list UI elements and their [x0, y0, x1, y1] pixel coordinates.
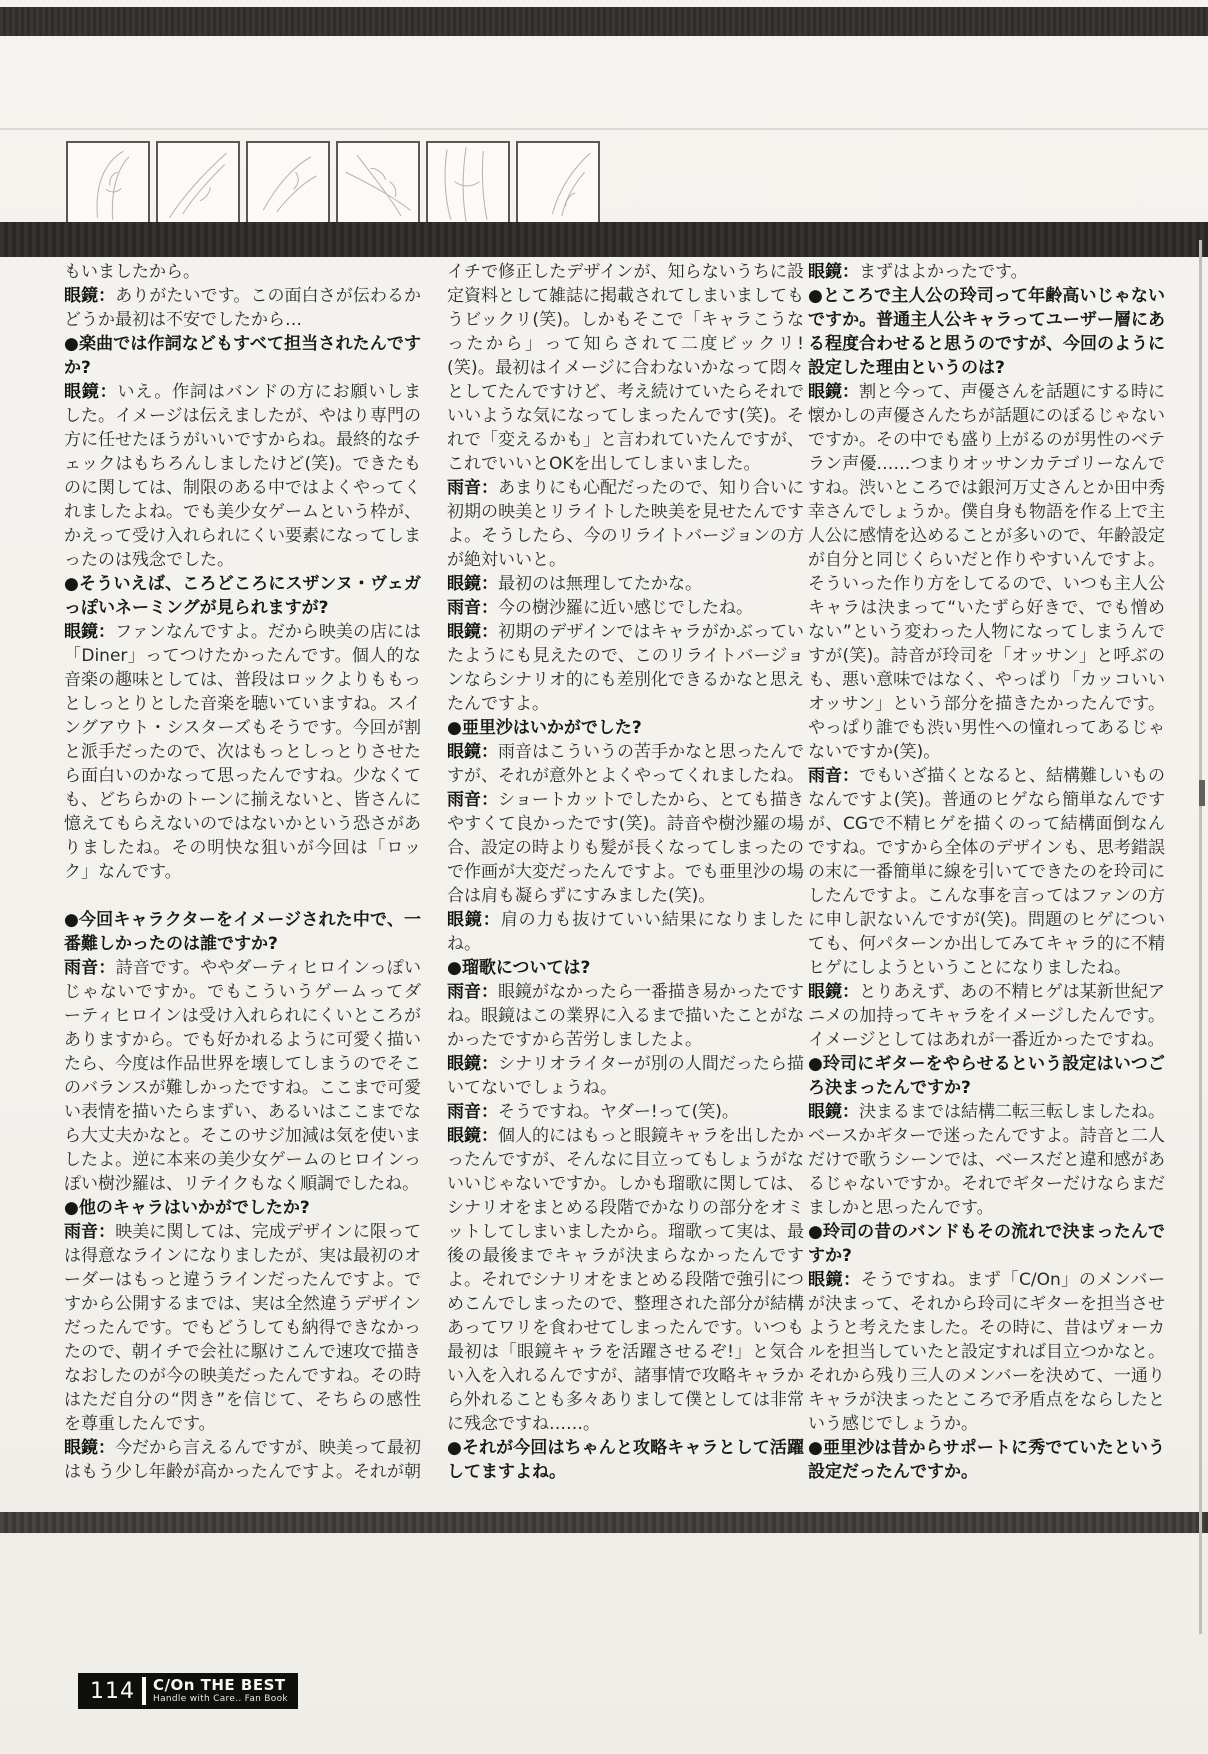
pencil-sketch-2 — [156, 141, 240, 227]
interview-column-1: もいましたから。眼鏡：ありがたいです。この面白さが伝わるかどうか最初は不安でした… — [64, 260, 421, 1484]
header-rule-bar — [0, 222, 1208, 257]
sketch-lines — [518, 143, 598, 225]
interviewer-question: ●亜里沙はいかがでした? — [447, 716, 804, 740]
speaker-name: 眼鏡： — [447, 622, 498, 642]
speaker-answer: 眼鏡：まずはよかったです。 — [808, 260, 1165, 284]
interview-column-3: 眼鏡：まずはよかったです。●ところで主人公の玲司って年齢高いじゃないですか。普通… — [808, 260, 1165, 1484]
pencil-sketch-3 — [246, 141, 330, 227]
pencil-sketch-6 — [516, 141, 600, 227]
speaker-name: 雨音： — [808, 766, 859, 786]
interviewer-question: ●亜里沙は昔からサポートに秀でていたという設定だったんですか。 — [808, 1436, 1165, 1484]
speaker-answer: 眼鏡：雨音はこういうの苦手かなと思ったんですが、それが意外とよくやってくれました… — [447, 740, 804, 788]
sketch-lines — [248, 143, 328, 225]
speaker-name: 眼鏡： — [808, 1102, 859, 1122]
speaker-answer: 眼鏡：割と今って、声優さんを話題にする時に懐かしの声優さんたちが話題にのぼるじゃ… — [808, 380, 1165, 764]
speaker-answer: 眼鏡：ありがたいです。この面白さが伝わるかどうか最初は不安でしたから… — [64, 284, 421, 332]
interviewer-question: ●ところで主人公の玲司って年齢高いじゃないですか。普通主人公キャラってユーザー層… — [808, 284, 1165, 380]
speaker-name: 眼鏡： — [808, 382, 859, 402]
speaker-answer: 眼鏡：そうですね。まず「C/On」のメンバーが決まって、それから玲司にギターを担… — [808, 1268, 1165, 1436]
page-edge-shadow — [1199, 240, 1202, 1634]
scanned-magazine-page: もいましたから。眼鏡：ありがたいです。この面白さが伝わるかどうか最初は不安でした… — [0, 0, 1208, 1754]
speaker-answer: 眼鏡：決まるまでは結構二転三転しましたね。ベースかギターで迷ったんですよ。詩音と… — [808, 1100, 1165, 1220]
book-footer-label: 114 C/On THE BEST Handle with Care.. Fan… — [78, 1673, 298, 1709]
speaker-name: 眼鏡： — [808, 982, 859, 1002]
speaker-name: 眼鏡： — [64, 622, 115, 642]
top-rule-bar — [0, 7, 1208, 36]
speaker-answer: 眼鏡：とりあえず、あの不精ヒゲは某新世紀アニメの加持ってキャラをイメージしたんで… — [808, 980, 1165, 1052]
speaker-name: 眼鏡： — [808, 262, 859, 282]
speaker-answer: 雨音：ショートカットでしたから、とても描きやすくて良かったです(笑)。詩音や樹沙… — [447, 788, 804, 908]
page-number: 114 — [86, 1679, 142, 1704]
pencil-sketch-1 — [66, 141, 150, 227]
interviewer-question: ●そういえば、ころどころにスザンヌ・ヴェガっぽいネーミングが見られますが? — [64, 572, 421, 620]
speaker-name: 眼鏡： — [64, 382, 118, 402]
interviewer-question: ●他のキャラはいかがでしたか? — [64, 1196, 421, 1220]
sketch-lines — [428, 143, 508, 225]
scan-fold-line — [0, 128, 1208, 130]
speaker-name: 眼鏡： — [447, 910, 501, 930]
book-title: C/On THE BEST — [153, 1678, 288, 1693]
speaker-answer: 雨音：映美に関しては、完成デザインに限っては得意なラインになりましたが、実は最初… — [64, 1220, 421, 1436]
speaker-answer: 雨音：今の樹沙羅に近い感じでしたね。 — [447, 596, 804, 620]
interviewer-question: ●玲司にギターをやらせるという設定はいつごろ決まったんですか? — [808, 1052, 1165, 1100]
speaker-name: 眼鏡： — [64, 1438, 115, 1458]
speaker-name: 雨音： — [447, 982, 498, 1002]
speaker-name: 眼鏡： — [64, 286, 115, 306]
interviewer-question: ●今回キャラクターをイメージされた中で、一番難しかったのは誰ですか? — [64, 908, 421, 956]
speaker-name: 眼鏡： — [447, 1126, 498, 1146]
footer-divider — [142, 1677, 146, 1705]
interviewer-question: ●それが今回はちゃんと攻略キャラとして活躍してますよね。 — [447, 1436, 804, 1484]
continuation-text: もいましたから。 — [64, 260, 421, 284]
interview-column-2: イチで修正したデザインが、知らないうちに設定資料として雑誌に掲載されてしまいまし… — [447, 260, 804, 1484]
speaker-answer: 眼鏡：今だから言えるんですが、映美って最初はもう少し年齢が高かったんですよ。それ… — [64, 1436, 421, 1484]
sketch-lines — [338, 143, 418, 225]
speaker-answer: 雨音：そうですね。ヤダー!って(笑)。 — [447, 1100, 804, 1124]
speaker-name: 眼鏡： — [808, 1270, 861, 1290]
speaker-answer: 眼鏡：肩の力も抜けていい結果になりましたね。 — [447, 908, 804, 956]
speaker-answer: 雨音：詩音です。ややダーティヒロインっぽいじゃないですか。でもこういうゲームって… — [64, 956, 421, 1196]
speaker-answer: 眼鏡：ファンなんですよ。だから映美の店には「Diner」ってつけたかったんです。… — [64, 620, 421, 884]
speaker-name: 眼鏡： — [447, 1054, 498, 1074]
speaker-answer: 雨音：眼鏡がなかったら一番描き易かったですね。眼鏡はこの業界に入るまで描いたこと… — [447, 980, 804, 1052]
paragraph-gap — [64, 884, 421, 908]
sketch-lines — [68, 143, 148, 225]
speaker-answer: 眼鏡：個人的にはもっと眼鏡キャラを出したかったんですが、そんなに目立ってもしょう… — [447, 1124, 804, 1436]
speaker-name: 雨音： — [447, 598, 498, 618]
speaker-name: 雨音： — [64, 1222, 115, 1242]
speaker-name: 雨音： — [447, 1102, 498, 1122]
speaker-answer: 眼鏡：初期のデザインではキャラがかぶっていたようにも見えたので、このリライトバー… — [447, 620, 804, 716]
continuation-text: イチで修正したデザインが、知らないうちに設定資料として雑誌に掲載されてしまいまし… — [447, 260, 804, 476]
bottom-rule-bar — [0, 1512, 1208, 1533]
speaker-answer: 眼鏡：シナリオライターが別の人間だったら描いてないでしょうね。 — [447, 1052, 804, 1100]
interviewer-question: ●瑠歌については? — [447, 956, 804, 980]
sketch-lines — [158, 143, 238, 225]
speaker-answer: 眼鏡：最初のは無理してたかな。 — [447, 572, 804, 596]
interviewer-question: ●楽曲では作詞などもすべて担当されたんですか? — [64, 332, 421, 380]
sketch-thumbnail-strip — [66, 141, 600, 227]
interviewer-question: ●玲司の昔のバンドもその流れで決まったんですか? — [808, 1220, 1165, 1268]
speaker-answer: 眼鏡：いえ。作詞はバンドの方にお願いしました。イメージは伝えましたが、やはり専門… — [64, 380, 421, 572]
pencil-sketch-4 — [336, 141, 420, 227]
speaker-name: 雨音： — [64, 958, 116, 978]
speaker-name: 眼鏡： — [447, 742, 498, 762]
speaker-answer: 雨音：あまりにも心配だったので、知り合いに初期の映美とリライトした映美を見せたん… — [447, 476, 804, 572]
book-subtitle: Handle with Care.. Fan Book — [153, 1695, 288, 1704]
speaker-name: 雨音： — [447, 478, 498, 498]
page-edge-mark — [1199, 780, 1205, 806]
speaker-name: 眼鏡： — [447, 574, 498, 594]
pencil-sketch-5 — [426, 141, 510, 227]
speaker-answer: 雨音：でもいざ描くとなると、結構難しいものなんですよ(笑)。普通のヒゲなら簡単な… — [808, 764, 1165, 980]
speaker-name: 雨音： — [447, 790, 498, 810]
